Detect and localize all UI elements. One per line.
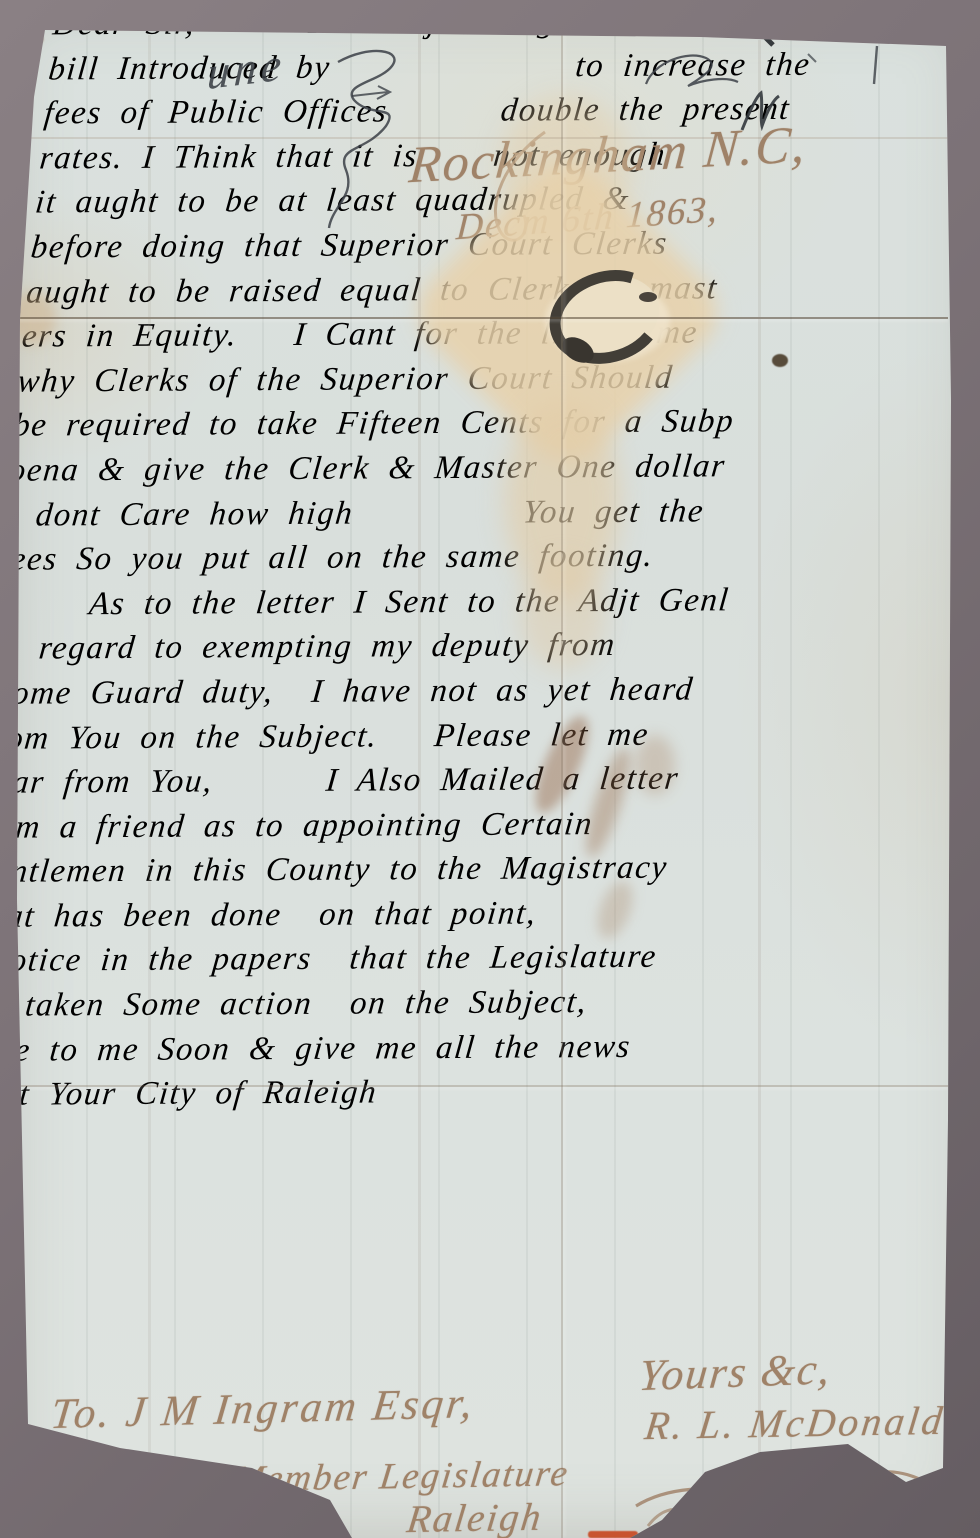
letter-line: I dont Care how high You get the <box>2 488 906 538</box>
letter-line: from a friend as to appointing Certain <box>0 800 876 850</box>
orange-sliver <box>588 1531 638 1538</box>
letter-line: fees of Public Offices double the presen… <box>42 86 946 136</box>
letter-line: hear from You, I Also Mailed a letter <box>0 755 880 805</box>
letter-line: As to the letter I Sent to the Adjt Genl <box>0 577 898 627</box>
letter-line: oena & give the Clerk & Master One dolla… <box>7 443 911 493</box>
letter-line: ers in Equity. I Cant for the life of me <box>20 309 924 359</box>
letter-line: be required to take Fifteen Cents for a … <box>11 398 915 448</box>
pencil-scribble-word: une <box>206 37 287 100</box>
letter-line: Dear Sir, I have just glanced over the <box>51 0 955 47</box>
letter-line: has taken Some action on the Subject, <box>0 979 858 1029</box>
letter-signature: R. L. McDonald <box>642 1397 948 1449</box>
signature-flourish <box>636 1472 944 1506</box>
letter-line: about Your City of Raleigh <box>0 1068 849 1118</box>
letter-line: Home Guard duty, I have not as yet heard <box>0 666 889 716</box>
letter-line: Write to me Soon & give me all the news <box>0 1023 854 1073</box>
corner-spot <box>33 34 43 44</box>
addressee-title: Member Legislature <box>231 1452 572 1501</box>
letter-line: Gentlemen in this County to the Magistra… <box>0 845 871 895</box>
letter-closing: Yours &c, <box>637 1343 835 1401</box>
letter-paper-sheet: Rockingham N.C, Decm 6th 1863, Dear Sir,… <box>0 0 980 1538</box>
addressee-city: Raleigh <box>404 1495 545 1538</box>
letter-line: in regard to exempting my deputy from <box>0 622 893 672</box>
letter-line: what has been done on that point, <box>0 889 867 939</box>
letter-line: I notice in the papers that the Legislat… <box>0 934 862 984</box>
letter-line: from You on the Subject. Please let me <box>0 711 885 761</box>
letter-line: bill Introduced by to increase the <box>46 42 950 92</box>
letter-line: fees So you put all on the same footing. <box>0 532 902 582</box>
letter-line: why Clerks of the Superior Court Should <box>15 354 919 404</box>
scanned-letter-photo: Rockingham N.C, Decm 6th 1863, Dear Sir,… <box>0 0 980 1538</box>
cutoff-stroke <box>648 1510 684 1526</box>
pencil-dark-dash <box>842 29 868 35</box>
addressee-name: To. J M Ingram Esqr, <box>48 1379 477 1439</box>
letter-line: aught to be raised equal to Clerks & mas… <box>24 265 928 315</box>
